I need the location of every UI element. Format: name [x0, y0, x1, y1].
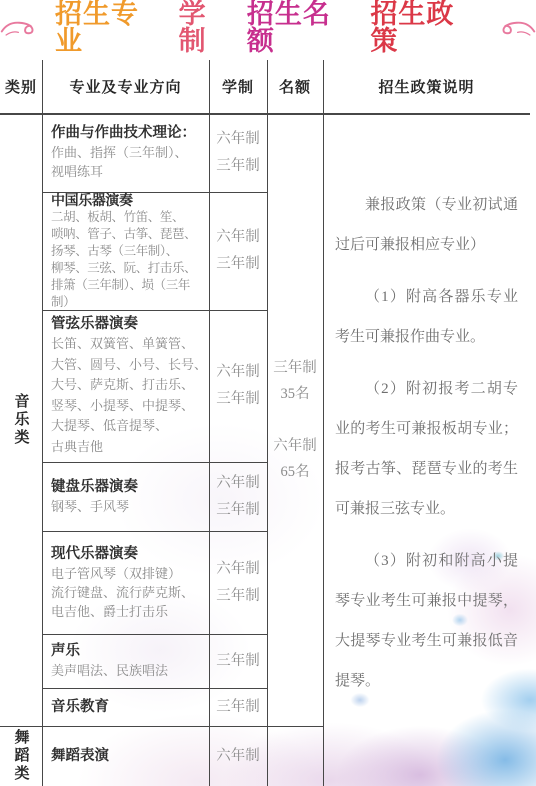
major-directions: 钢琴、手风琴: [51, 497, 207, 516]
col-header-major: 专业及专业方向: [42, 60, 209, 113]
policy-item-1: （1）附高各器乐专业考生可兼报作曲专业。: [335, 277, 518, 357]
duration-cell: 三年制: [209, 634, 267, 688]
category-label-dance: 舞蹈类: [11, 729, 32, 783]
table-row-modern-instruments: 现代乐器演奏 电子管风琴（双排键） 流行键盘、流行萨克斯、 电吉他、爵士打击乐: [42, 531, 209, 634]
admissions-table-page: 招生专业 学制 招生名额 招生政策 类别 专业及专业方向 学制 名额 招生政策说…: [0, 0, 536, 786]
title-part-quota: 招生名额: [247, 1, 358, 55]
title-part-enrollment-majors: 招生专业: [55, 1, 166, 55]
table-row-orchestral-instruments: 管弦乐器演奏 长笛、双簧管、单簧管、 大管、圆号、小号、长号、 大号、萨克斯、打…: [42, 310, 209, 462]
page-title: 招生专业 学制 招生名额 招生政策: [0, 8, 536, 48]
category-cell-music: 音乐类: [0, 113, 42, 726]
table-row-keyboard-instruments: 键盘乐器演奏 钢琴、手风琴: [42, 462, 209, 531]
major-name: 中国乐器演奏: [51, 192, 207, 209]
duration-cell: 六年制 三年制: [209, 113, 267, 192]
title-part-policy: 招生政策: [370, 1, 481, 55]
table-row-dance-performance: 舞蹈表演: [42, 726, 209, 786]
major-name: 音乐教育: [51, 698, 207, 717]
cloud-swirl-ornament-right-icon: [494, 16, 536, 40]
duration-cell: 三年制: [209, 688, 267, 726]
policy-item-3: （3）附初和附高小提琴专业考生可兼报中提琴，大提琴专业考生可兼报低音提琴。: [335, 541, 518, 701]
duration-cell: 六年制 三年制: [209, 192, 267, 310]
col-header-category: 类别: [0, 60, 42, 113]
table-row-music-education: 音乐教育: [42, 688, 209, 726]
col-header-duration: 学制: [209, 60, 267, 113]
major-name: 作曲与作曲技术理论：: [51, 124, 207, 143]
duration-cell: 六年制 三年制: [209, 310, 267, 462]
major-directions: 电子管风琴（双排键） 流行键盘、流行萨克斯、 电吉他、爵士打击乐: [51, 564, 207, 621]
table-row-chinese-instruments: 中国乐器演奏 二胡、板胡、竹笛、笙、 唢呐、管子、古筝、琵琶、 扬琴、古琴（三年…: [42, 192, 209, 310]
major-name: 声乐: [51, 642, 207, 661]
major-directions: 作曲、指挥（三年制）、 视唱练耳: [51, 143, 207, 181]
major-directions: 二胡、板胡、竹笛、笙、 唢呐、管子、古筝、琵琶、 扬琴、古琴（三年制）、 柳琴、…: [51, 209, 207, 311]
table-row-composition: 作曲与作曲技术理论： 作曲、指挥（三年制）、 视唱练耳: [42, 113, 209, 192]
title-part-schooling: 学制: [179, 1, 234, 55]
col-header-quota: 名额: [267, 60, 323, 113]
category-label-music: 音乐类: [11, 393, 32, 447]
duration-cell: 六年制 三年制: [209, 462, 267, 531]
major-directions: 美声唱法、民族唱法: [51, 661, 207, 680]
col-header-policy: 招生政策说明: [323, 60, 530, 113]
policy-intro: 兼报政策（专业初试通过后可兼报相应专业）: [335, 185, 518, 265]
major-directions: 长笛、双簧管、单簧管、 大管、圆号、小号、长号、 大号、萨克斯、打击乐、 竖琴、…: [51, 334, 207, 457]
quota-cell-music: 三年制 35名 六年制 65名: [267, 113, 323, 726]
table-row-vocal: 声乐 美声唱法、民族唱法: [42, 634, 209, 688]
major-name: 键盘乐器演奏: [51, 478, 207, 497]
duration-cell: 六年制: [209, 726, 267, 786]
major-name: 现代乐器演奏: [51, 545, 207, 564]
major-name: 舞蹈表演: [51, 747, 207, 766]
policy-cell: 兼报政策（专业初试通过后可兼报相应专业） （1）附高各器乐专业考生可兼报作曲专业…: [323, 113, 530, 786]
cloud-swirl-ornament-left-icon: [0, 16, 42, 40]
policy-item-2: （2）附初报考二胡专业的考生可兼报板胡专业；报考古筝、琵琶专业的考生可兼报三弦专…: [335, 369, 518, 529]
category-cell-dance: 舞蹈类: [0, 726, 42, 786]
duration-cell: 六年制 三年制: [209, 531, 267, 634]
major-name: 管弦乐器演奏: [51, 315, 207, 334]
